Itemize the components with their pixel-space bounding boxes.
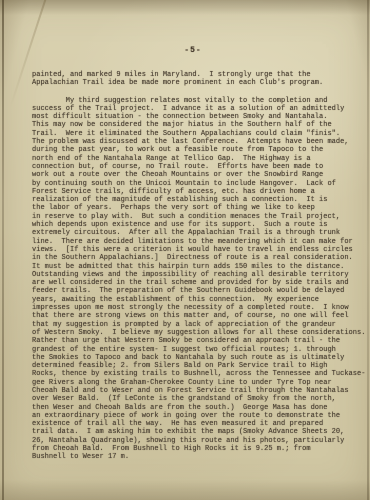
paper-background: -5- painted, and marked 9 miles in Maryl… (0, 0, 370, 500)
page-content: -5- painted, and marked 9 miles in Maryl… (32, 46, 366, 462)
paragraph-continued-from-previous-page: painted, and marked 9 miles in Maryland.… (32, 71, 366, 88)
paragraph-third-suggestion: My third suggestion relates most vitally… (32, 97, 366, 462)
scan-right-edge (367, 0, 369, 500)
page-number: -5- (32, 46, 354, 55)
paragraph-gap (32, 88, 366, 97)
scanned-document-page: { "page": { "number": "-5-" }, "content"… (0, 0, 370, 500)
scan-left-edge (2, 0, 4, 500)
